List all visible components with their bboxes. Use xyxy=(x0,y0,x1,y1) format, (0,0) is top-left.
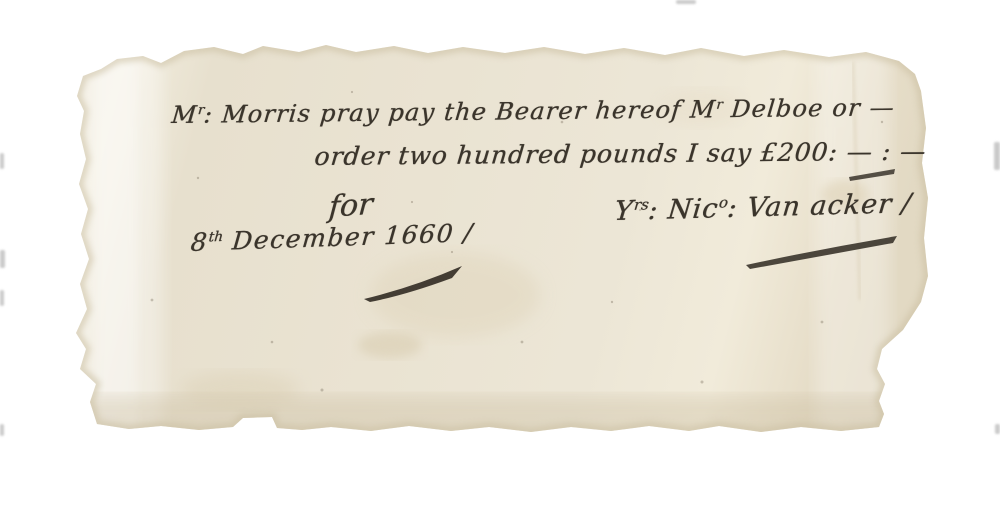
scan-artifact-left xyxy=(0,250,5,268)
signature-text: : Van acker / xyxy=(726,188,913,224)
scan-artifact-right xyxy=(995,424,1000,434)
scanned-document-page: Mr: Morris pray pay the Bearer hereof Mr… xyxy=(0,0,1000,512)
scan-artifact-left xyxy=(0,153,4,169)
line1-text: Delboe or — xyxy=(721,93,896,123)
superscript: th xyxy=(208,229,224,245)
line1-text: : Morris pray pay the Bearer hereof M xyxy=(202,95,717,128)
scan-artifact-left xyxy=(0,290,4,306)
signature-text: : Nic xyxy=(647,193,720,226)
scan-artifact-top xyxy=(676,0,696,4)
manuscript-line-amount: order two hundred pounds I say £200: — :… xyxy=(313,137,927,171)
scan-artifact-right xyxy=(994,142,1000,170)
signature-text: Y xyxy=(613,196,635,227)
aged-paper-sheet xyxy=(0,0,1000,512)
date-text: 8 xyxy=(189,227,209,257)
line1-text: M xyxy=(170,101,198,129)
scan-artifact-left xyxy=(0,424,4,436)
manuscript-for-word: for xyxy=(328,187,374,225)
